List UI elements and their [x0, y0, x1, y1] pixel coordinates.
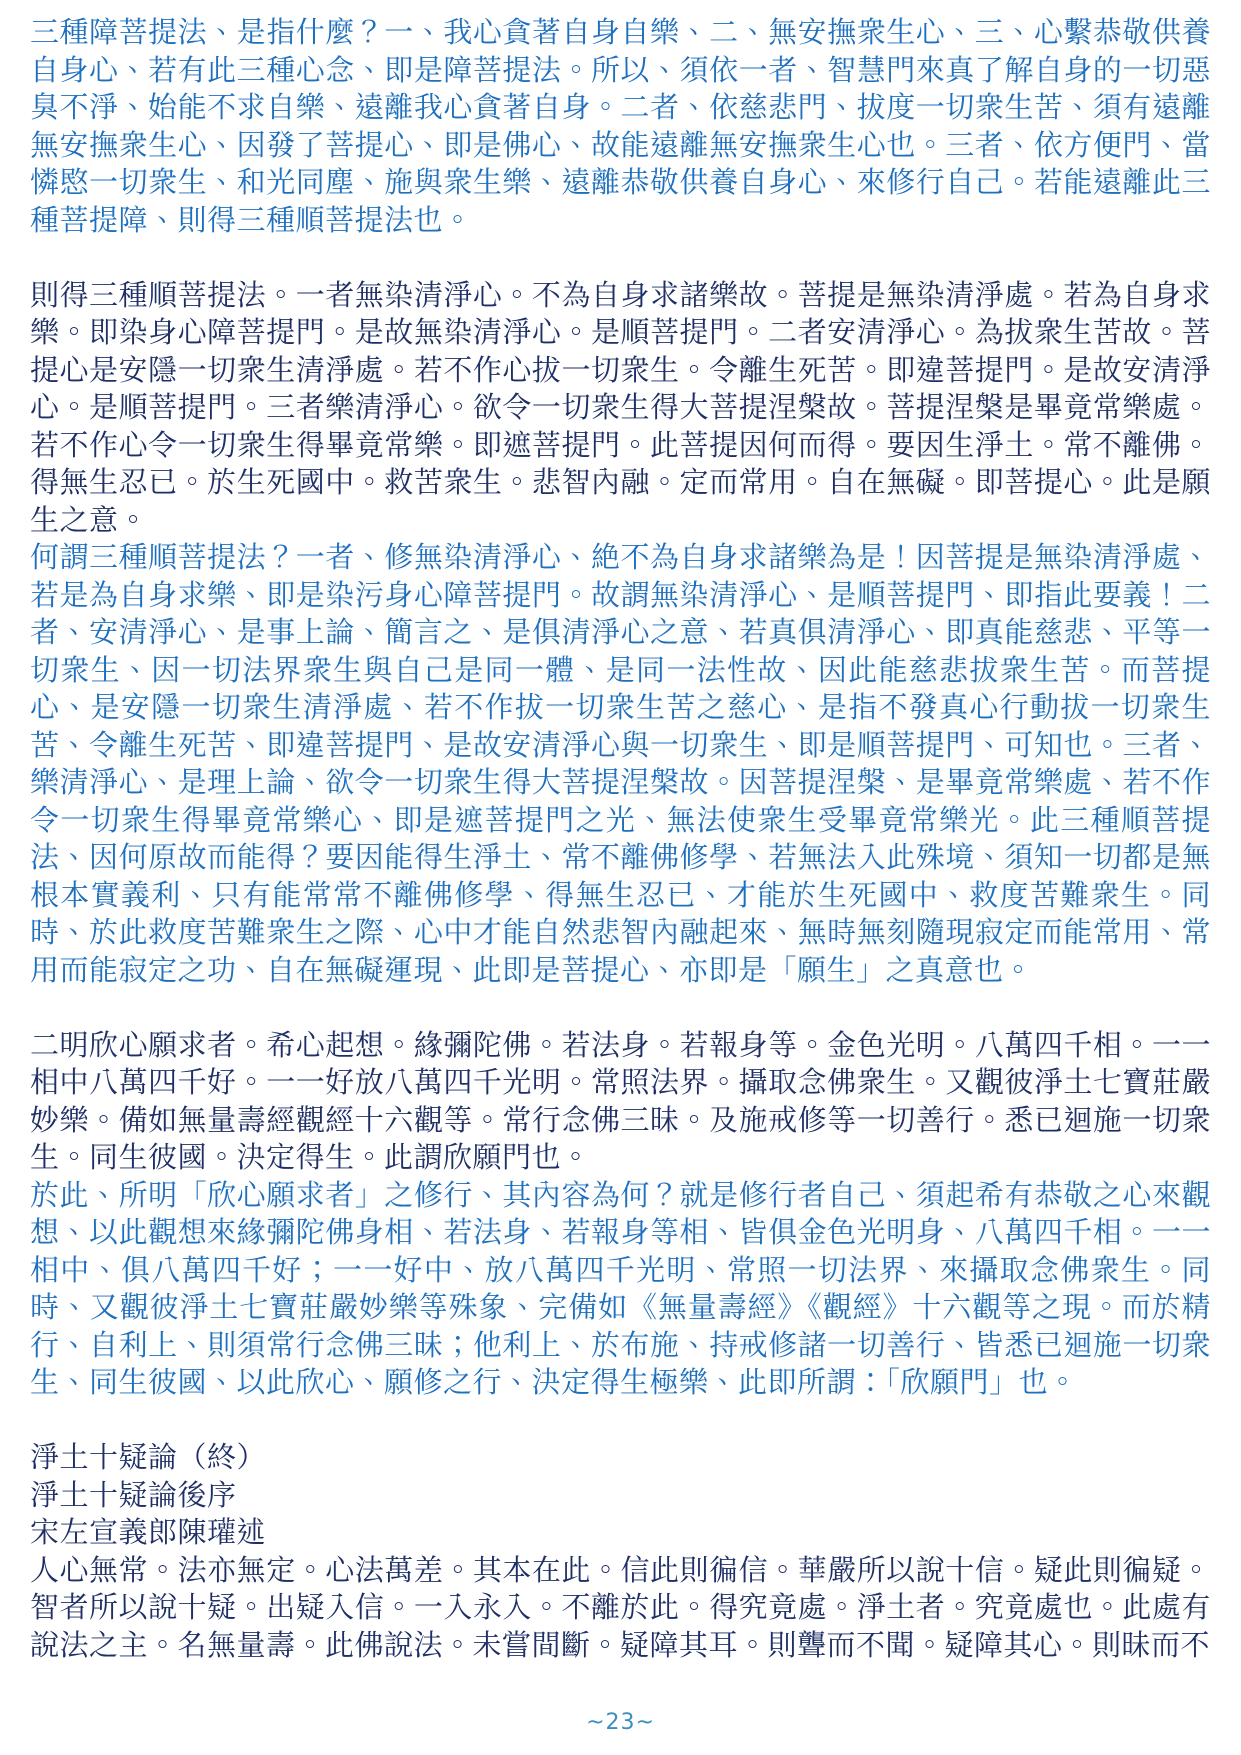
page-footer: ~23~ [0, 1710, 1241, 1735]
paragraph-commentary-three-obstructions: 三種障菩提法、是指什麼？一、我心貪著自身自樂、二、無安撫衆生心、三、心繫恭敬供養… [30, 14, 1211, 239]
paragraph-classical-postface-body: 人心無常。法亦無定。心法萬差。其本在此。信此則徧信。華嚴所以說十信。疑此則徧疑。… [30, 1552, 1211, 1665]
treatise-end-title: 淨土十疑論（終） [30, 1439, 1211, 1477]
paragraph-commentary-aspiration-gate: 於此、所明「欣心願求者」之修行、其內容為何？就是修行者自己、須起希有恭敬之心來觀… [30, 1177, 1211, 1402]
paragraph-commentary-three-accordant-dharmas: 何謂三種順菩提法？一者、修無染清淨心、絶不為自身求諸樂為是！因菩提是無染清淨處、… [30, 539, 1211, 989]
paragraph-classical-three-accordant-dharmas: 則得三種順菩提法。一者無染清淨心。不為自身求諸樂故。菩提是無染清淨處。若為自身求… [30, 277, 1211, 540]
paragraph-classical-aspiration-gate: 二明欣心願求者。希心起想。緣彌陀佛。若法身。若報身等。金色光明。八萬四千相。一一… [30, 1027, 1211, 1177]
postface-author-line: 宋左宣義郎陳瓘述 [30, 1514, 1211, 1552]
page-number: ~23~ [586, 1710, 655, 1735]
document-page: 三種障菩提法、是指什麼？一、我心貪著自身自樂、二、無安撫衆生心、三、心繫恭敬供養… [0, 0, 1241, 1755]
postface-title: 淨土十疑論後序 [30, 1477, 1211, 1515]
